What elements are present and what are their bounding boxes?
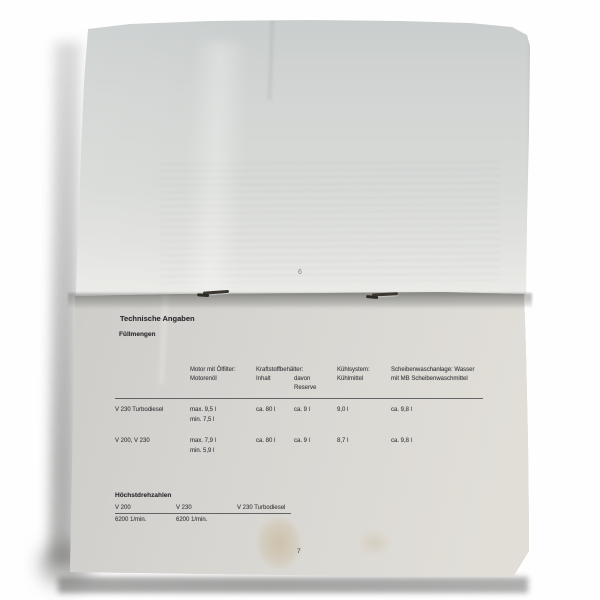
booklet-upper-page: 6 [70, 12, 532, 302]
rpm-col-header: V 200 [115, 505, 131, 511]
table-cell-washer: ca. 9,8 l [391, 407, 412, 413]
table-cell-washer: ca. 9,8 l [391, 438, 412, 444]
staple [366, 289, 399, 300]
col-header-cooling-1: Kühlsystem: [337, 367, 370, 373]
table-cell-fuel: ca. 80 l [256, 407, 275, 413]
col-header-fuel-reserve: Reserve [294, 385, 316, 391]
paper-stain [257, 517, 301, 569]
col-header-motor-2: Motorenöl [190, 376, 217, 382]
col-header-motor-1: Motor mit Ölfilter: [190, 367, 236, 373]
col-header-washer-2: mit MB Scheibenwaschmittel [391, 376, 468, 382]
table-cell-coolant: 9,0 l [337, 407, 348, 413]
table-cell-reserve: ca. 9 l [294, 438, 310, 444]
page-number-6: 6 [298, 269, 302, 276]
rpm-col-header: V 230 Turbodiesel [237, 505, 285, 511]
page-shadow-bottom [58, 577, 528, 593]
section-drehzahlen-heading: Höchstdrehzahlen [115, 492, 171, 499]
section-fuellmengen-heading: Füllmengen [119, 331, 155, 338]
rpm-value: 6200 1/min. [176, 517, 207, 523]
table-cell-oil-max: max. 9,5 l [190, 407, 216, 413]
photo-scene: 6 Technische Angaben Füllmengen Motor mi… [0, 0, 600, 600]
table-cell-oil-min: min. 7,5 l [190, 417, 214, 423]
table-header-rule [115, 398, 483, 399]
paper-crease-line [269, 20, 274, 100]
table-cell-oil-min: min. 5,9 l [190, 448, 214, 454]
table-row-model: V 230 Turbodiesel [115, 407, 163, 413]
table-cell-reserve: ca. 9 l [294, 407, 310, 413]
rpm-col-header: V 230 [176, 505, 192, 511]
booklet-lower-page: Technische Angaben Füllmengen Motor mit … [62, 292, 534, 584]
col-header-fuel-davon: davon [294, 376, 310, 382]
table-cell-oil-max: max. 7,9 l [190, 438, 216, 444]
table-cell-coolant: 8,7 l [337, 438, 348, 444]
col-header-washer-1: Scheibenwaschanlage: Wasser [391, 367, 475, 373]
rpm-value: 6200 1/min. [115, 517, 146, 523]
col-header-fuel-1: Kraftstoffbehälter: [256, 367, 303, 373]
page-number-7: 7 [297, 548, 301, 555]
col-header-fuel-inhalt: Inhalt [256, 376, 271, 382]
table-cell-fuel: ca. 80 l [256, 438, 275, 444]
paper-stain-small [357, 530, 391, 556]
page-title: Technische Angaben [120, 314, 195, 323]
rpm-table-rule [115, 513, 291, 514]
table-row-model: V 200, V 230 [115, 438, 150, 444]
col-header-cooling-2: Kühlmittel [337, 376, 363, 382]
